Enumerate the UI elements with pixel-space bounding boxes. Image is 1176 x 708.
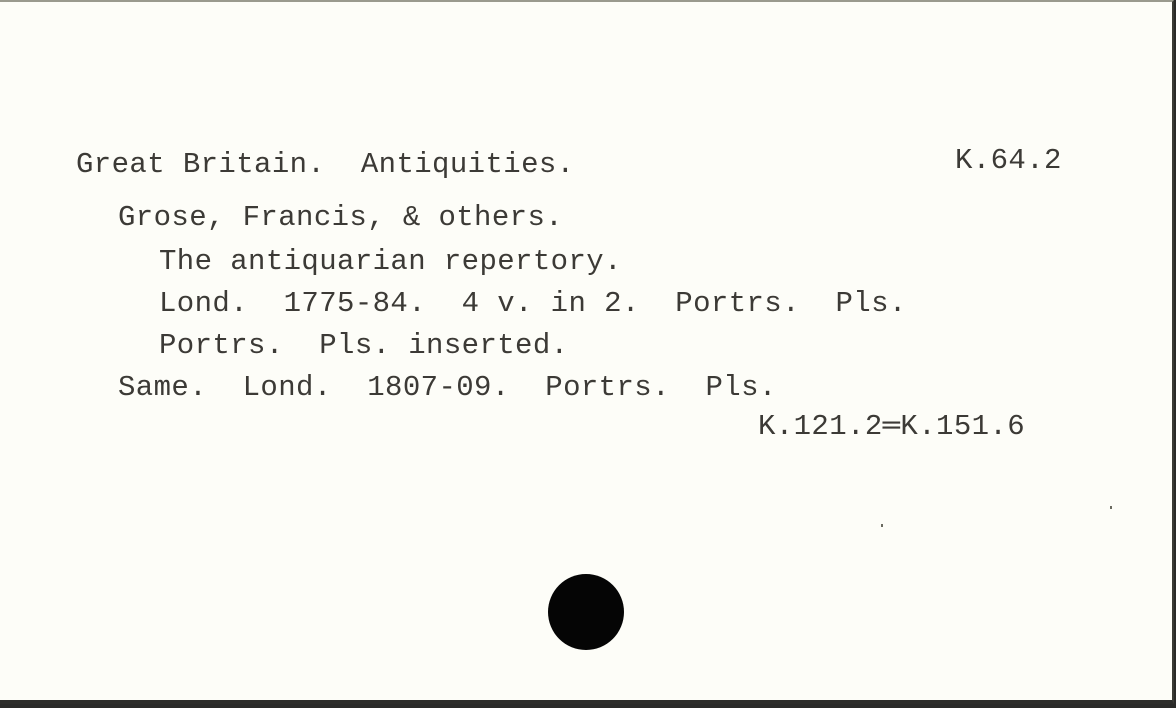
note-line: Portrs. Pls. inserted. — [159, 331, 568, 360]
paper-speck — [881, 524, 883, 527]
subject-heading: Great Britain. Antiquities. — [76, 150, 574, 179]
call-number: K.64.2 — [955, 146, 1062, 175]
title-line: The antiquarian repertory. — [159, 247, 622, 276]
imprint-line: Lond. 1775-84. 4 v. in 2. Portrs. Pls. — [159, 289, 907, 318]
other-call-numbers: K.121.2═K.151.6 — [758, 412, 1025, 441]
punch-hole — [548, 574, 624, 650]
author-line: Grose, Francis, & others. — [118, 203, 563, 232]
other-edition-line: Same. Lond. 1807-09. Portrs. Pls. — [118, 373, 777, 402]
paper-speck — [1110, 506, 1112, 509]
catalog-card: Great Britain. Antiquities. K.64.2 Grose… — [0, 0, 1174, 704]
